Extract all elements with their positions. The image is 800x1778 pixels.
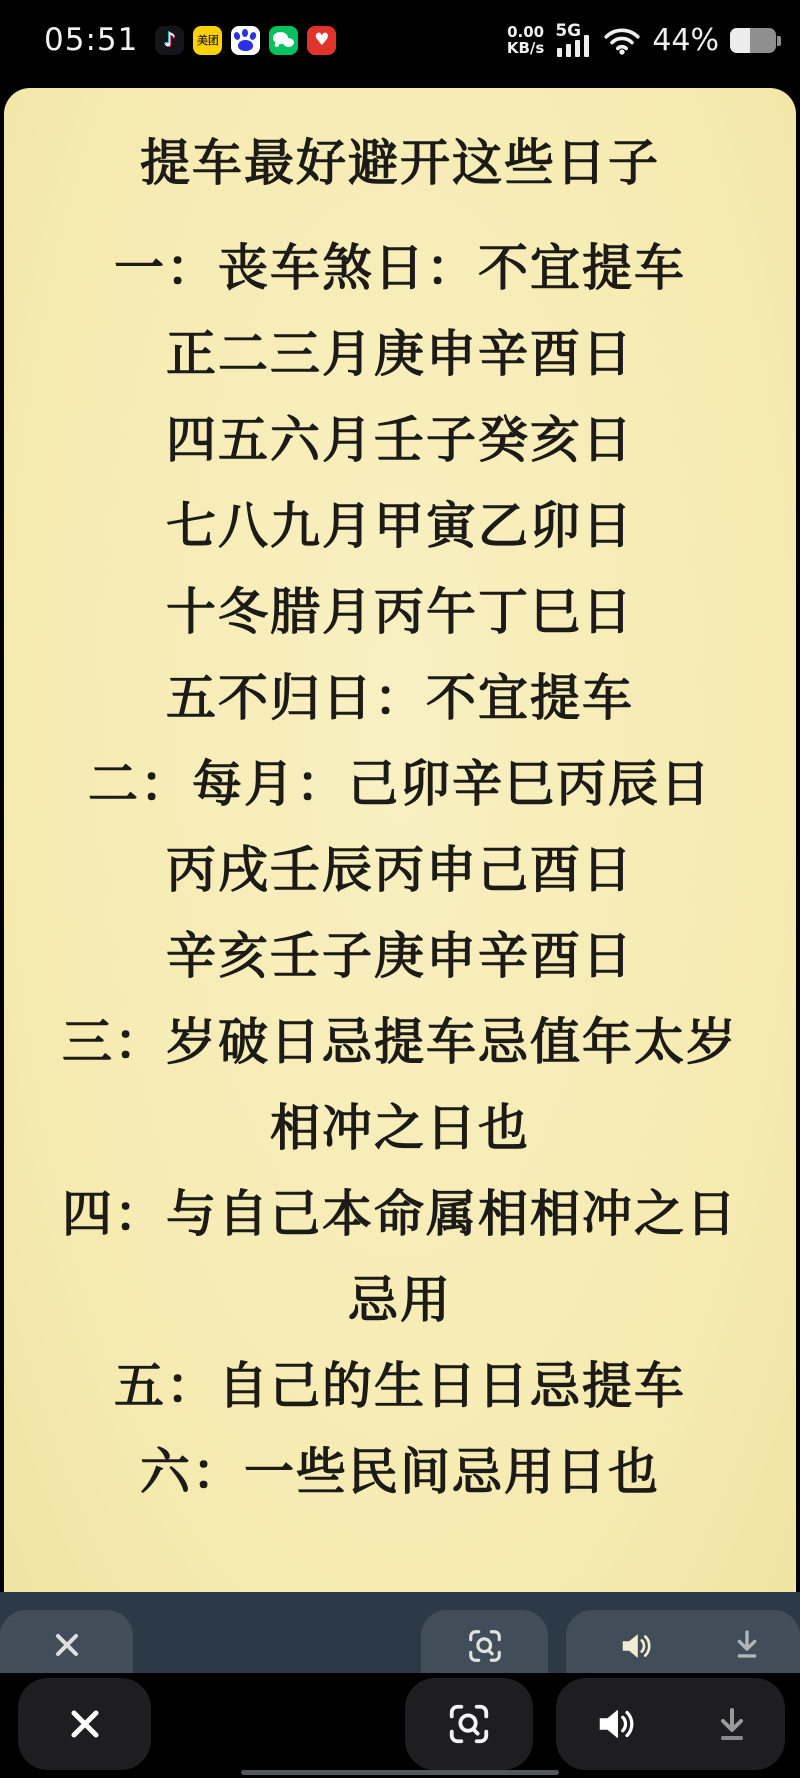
network-type-label: 5G	[555, 21, 581, 41]
image-title-line: 提车最好避开这些日子	[4, 120, 796, 206]
baidu-paw-icon	[231, 26, 260, 55]
text-line: 四五六月壬子癸亥日	[4, 397, 796, 483]
paw-toe	[242, 29, 248, 37]
video-progress-bar[interactable]	[241, 1770, 559, 1775]
paw-pad	[238, 40, 253, 51]
close-button[interactable]	[18, 1678, 151, 1770]
text-line: 丙戌壬辰丙申己酉日	[4, 827, 796, 913]
battery-percent-label: 44%	[652, 23, 719, 58]
heart-app-icon: ♥	[307, 26, 336, 55]
clock: 05:51	[44, 22, 138, 58]
close-icon	[49, 1627, 85, 1663]
text-block: 提车最好避开这些日子 一：丧车煞日：不宜提车 正二三月庚申辛酉日 四五六月壬子癸…	[4, 88, 796, 1515]
image-search-button[interactable]	[405, 1678, 533, 1770]
text-line: 七八九月甲寅乙卯日	[4, 483, 796, 569]
text-line: 四：与自己本命属相相冲之日	[4, 1171, 796, 1257]
media-button-group	[556, 1678, 785, 1770]
embedded-image-search-button	[421, 1610, 548, 1673]
text-line: 十冬腊月丙午丁巳日	[4, 569, 796, 655]
bottom-toolbar	[0, 1673, 800, 1778]
phone-screen: 05:51 ♪ 美团 ♥ 0.00	[0, 0, 800, 1778]
embedded-media-button	[566, 1610, 800, 1673]
embedded-image-toolbar	[0, 1592, 800, 1673]
download-button[interactable]	[712, 1704, 752, 1744]
signal-bar	[557, 48, 562, 57]
signal-bar	[566, 44, 571, 57]
text-line: 五：自己的生日日忌提车	[4, 1343, 796, 1429]
signal-bar	[575, 40, 580, 57]
douyin-icon: ♪	[155, 26, 184, 55]
battery-nub	[777, 36, 781, 46]
paw-toe	[249, 31, 257, 40]
embedded-close-button	[0, 1610, 133, 1673]
yellow-text-card: 提车最好避开这些日子 一：丧车煞日：不宜提车 正二三月庚申辛酉日 四五六月壬子癸…	[4, 88, 796, 1673]
net-speed-unit: KB/s	[507, 40, 544, 56]
wechat-icon	[269, 26, 298, 55]
download-icon	[712, 1704, 752, 1744]
meituan-icon: 美团	[193, 26, 222, 55]
status-bar-left: 05:51 ♪ 美团 ♥	[44, 22, 336, 58]
volume-icon	[618, 1627, 656, 1665]
text-line: 二：每月：己卯辛巳丙辰日	[4, 741, 796, 827]
image-search-icon	[466, 1627, 504, 1665]
text-line: 五不归日：不宜提车	[4, 655, 796, 741]
signal-bar	[584, 35, 589, 57]
heart-glyph: ♥	[314, 32, 329, 49]
status-bar: 05:51 ♪ 美团 ♥ 0.00	[0, 0, 800, 88]
text-line: 辛亥壬子庚申辛酉日	[4, 913, 796, 999]
text-line: 三：岁破日忌提车忌值年太岁	[4, 999, 796, 1085]
network-speed: 0.00 KB/s	[507, 24, 544, 56]
text-line: 正二三月庚申辛酉日	[4, 311, 796, 397]
volume-button[interactable]	[594, 1701, 640, 1747]
paw-toe	[233, 31, 241, 40]
wifi-icon	[603, 25, 641, 55]
volume-icon	[594, 1701, 640, 1747]
download-icon	[730, 1627, 764, 1661]
text-line: 一：丧车煞日：不宜提车	[4, 225, 796, 311]
chat-bubble-tail	[274, 41, 280, 47]
battery-icon	[730, 28, 776, 53]
music-note-glyph: ♪	[164, 29, 176, 51]
image-search-icon	[446, 1701, 492, 1747]
text-line: 六：一些民间忌用日也	[4, 1429, 796, 1515]
net-speed-value: 0.00	[507, 24, 544, 40]
battery-fill	[730, 28, 750, 53]
cell-signal-icon: 5G	[555, 20, 592, 60]
text-line: 忌用	[4, 1257, 796, 1343]
close-icon	[63, 1702, 107, 1746]
text-line: 相冲之日也	[4, 1085, 796, 1171]
spacer	[4, 206, 796, 225]
status-bar-right: 0.00 KB/s 5G 44%	[507, 20, 776, 60]
chat-bubble	[283, 38, 294, 47]
meituan-label: 美团	[197, 32, 219, 48]
viewed-image[interactable]: 提车最好避开这些日子 一：丧车煞日：不宜提车 正二三月庚申辛酉日 四五六月壬子癸…	[0, 88, 800, 1673]
